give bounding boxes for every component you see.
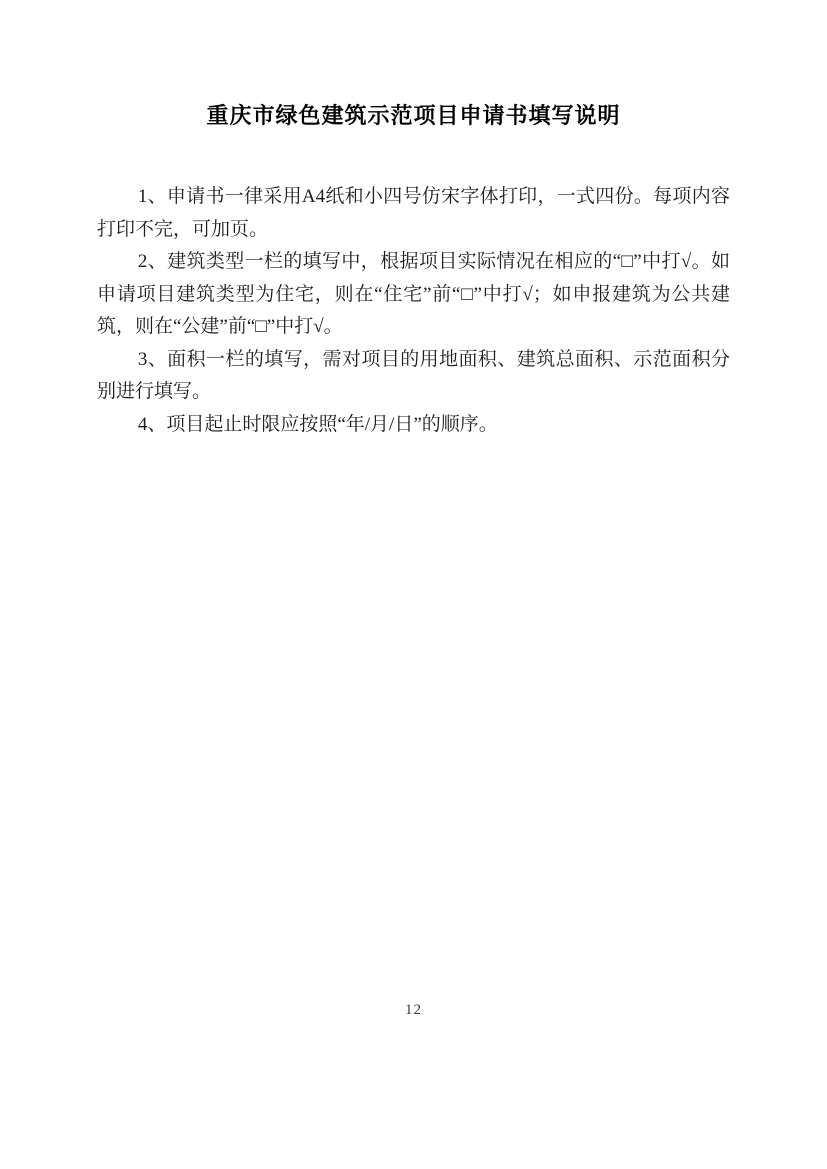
page-title: 重庆市绿色建筑示范项目申请书填写说明	[0, 99, 827, 130]
paragraph-1: 1、申请书一律采用A4纸和小四号仿宋字体打印，一式四份。每项内容打印不完，可加页…	[97, 181, 730, 246]
page-number: 12	[0, 1002, 827, 1019]
paragraph-4: 4、项目起止时限应按照“年/月/日”的顺序。	[97, 409, 730, 442]
document-body: 1、申请书一律采用A4纸和小四号仿宋字体打印，一式四份。每项内容打印不完，可加页…	[97, 181, 730, 441]
paragraph-2: 2、建筑类型一栏的填写中，根据项目实际情况在相应的“□”中打√。如申请项目建筑类…	[97, 246, 730, 344]
paragraph-3: 3、面积一栏的填写，需对项目的用地面积、建筑总面积、示范面积分别进行填写。	[97, 344, 730, 409]
document-page: 重庆市绿色建筑示范项目申请书填写说明 1、申请书一律采用A4纸和小四号仿宋字体打…	[0, 0, 827, 1169]
